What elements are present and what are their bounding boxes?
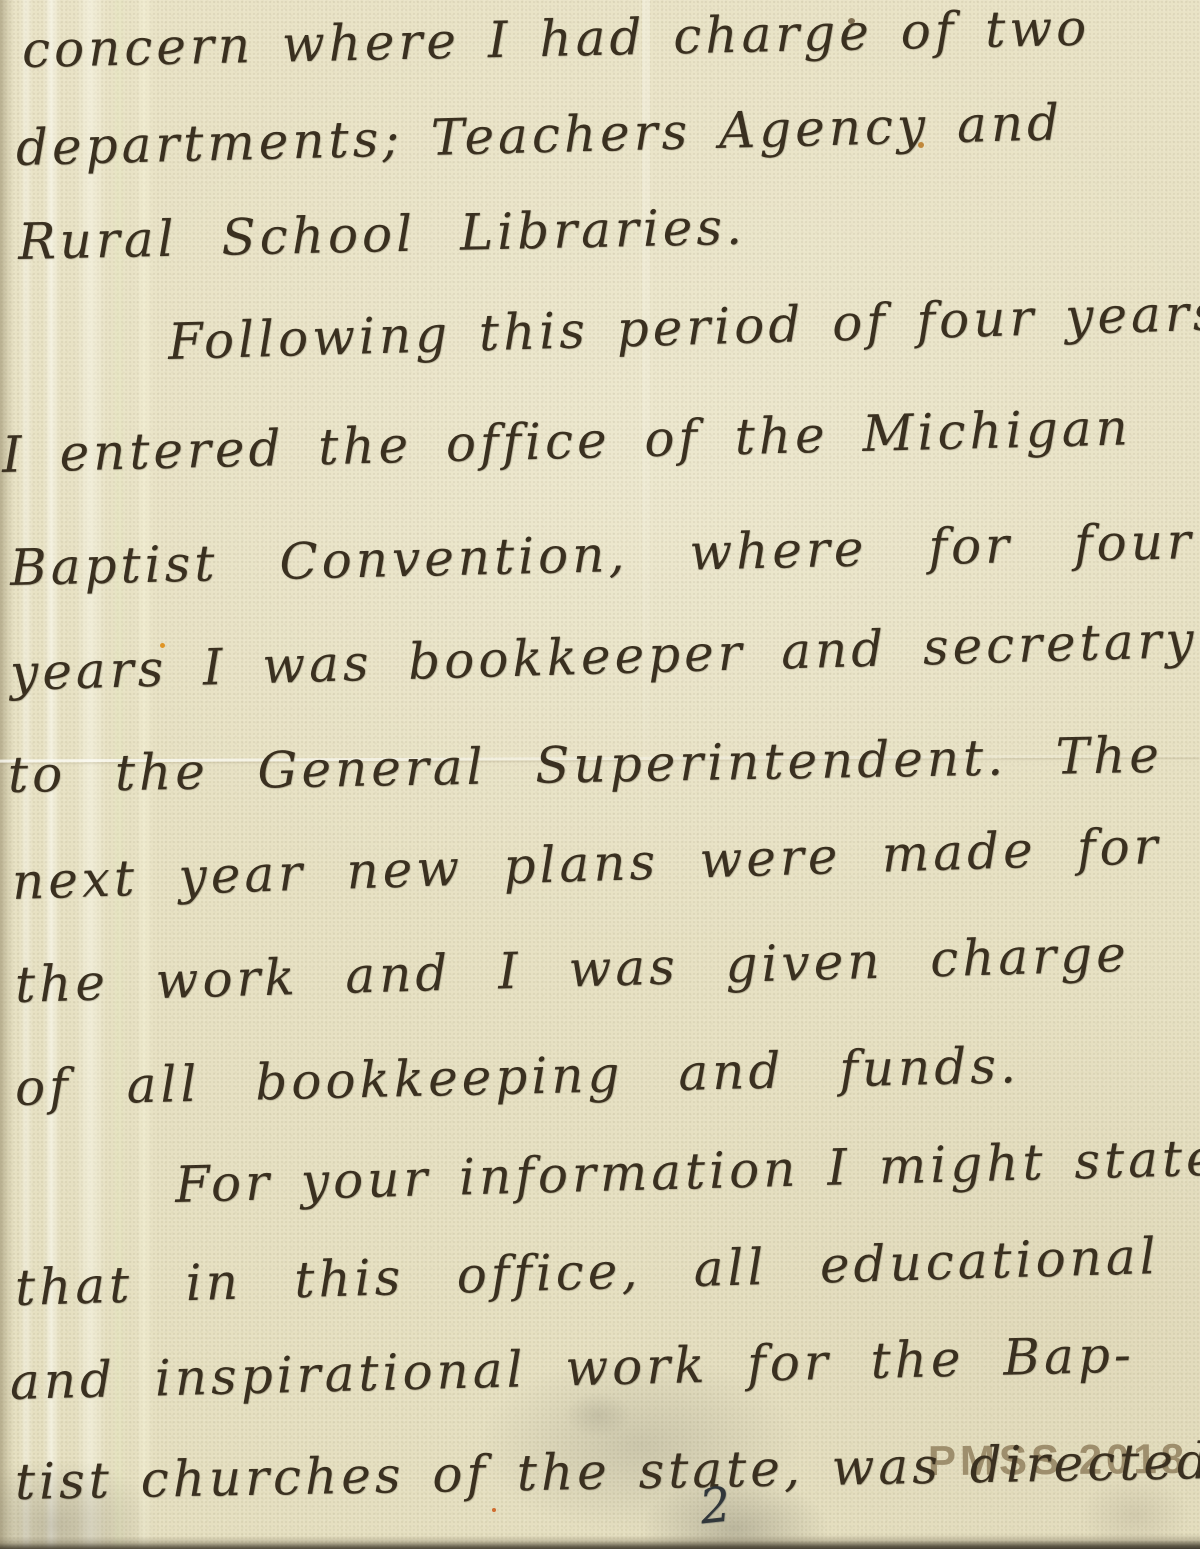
scan-bottom-edge: [0, 1534, 1200, 1549]
letter-page: PMSS 2018 concern where I had charge of …: [0, 0, 1200, 1549]
paper-fleck: [492, 1508, 496, 1512]
page-number: 2: [697, 1477, 733, 1536]
